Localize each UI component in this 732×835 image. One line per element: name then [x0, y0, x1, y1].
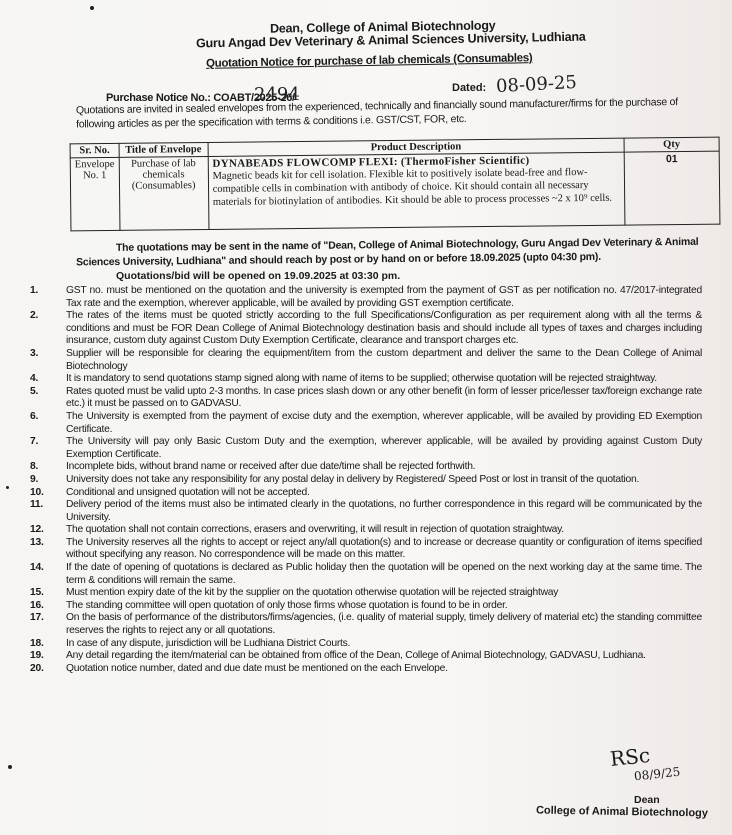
term-number: 6.: [30, 411, 66, 436]
cell-envelope-title: Purchase of lab chemicals (Consumables): [119, 156, 209, 230]
term-text: It is mandatory to send quotations stamp…: [66, 373, 702, 386]
term-number: 19.: [30, 650, 66, 663]
term-text: Must mention expiry date of the kit by t…: [66, 587, 702, 600]
term-text: Incomplete bids, without brand name or r…: [66, 461, 702, 474]
header-sr-no: Sr. No.: [70, 143, 119, 158]
term-item: 19.Any detail regarding the item/materia…: [30, 650, 702, 663]
term-number: 5.: [30, 386, 66, 411]
term-text: Conditional and unsigned quotation will …: [66, 487, 702, 500]
dated-label: Dated:: [452, 82, 486, 94]
signature-initials: RSc: [609, 743, 651, 771]
punch-mark: [6, 486, 9, 489]
header-envelope-title: Title of Envelope: [119, 142, 208, 157]
term-text: GST no. must be mentioned on the quotati…: [66, 285, 702, 310]
term-text: The quotation shall not contain correcti…: [66, 524, 702, 537]
term-item: 8.Incomplete bids, without brand name or…: [30, 461, 702, 474]
term-item: 18.In case of any dispute, jurisdiction …: [30, 638, 702, 651]
product-spec: Magnetic beads kit for cell isolation. F…: [212, 166, 620, 209]
term-text: The standing committee will open quotati…: [66, 600, 702, 613]
term-text: On the basis of performance of the distr…: [66, 612, 702, 637]
term-number: 10.: [30, 487, 66, 500]
term-number: 2.: [30, 310, 66, 348]
term-text: Supplier will be responsible for clearin…: [66, 348, 702, 373]
table-row: Envelope No. 1 Purchase of lab chemicals…: [70, 151, 720, 231]
term-text: If the date of opening of quotations is …: [66, 562, 702, 587]
term-number: 7.: [30, 436, 66, 461]
document-page: Dean, College of Animal Biotechnology Gu…: [0, 0, 732, 835]
signatory-office: College of Animal Biotechnology: [536, 805, 708, 820]
term-item: 7.The University will pay only Basic Cus…: [30, 436, 702, 461]
dated-value: 08-09-25: [496, 72, 578, 97]
term-item: 16.The standing committee will open quot…: [30, 600, 702, 613]
term-text: The University is exempted from the paym…: [66, 411, 702, 436]
term-number: 3.: [30, 348, 66, 373]
opening-date: Quotations/bid will be opened on 19.09.2…: [116, 270, 400, 282]
term-item: 14.If the date of opening of quotations …: [30, 562, 702, 587]
term-number: 11.: [30, 499, 66, 524]
term-text: University does not take any responsibil…: [66, 474, 702, 487]
term-item: 20.Quotation notice number, dated and du…: [30, 663, 702, 676]
term-number: 4.: [30, 373, 66, 386]
term-item: 2.The rates of the items must be quoted …: [30, 310, 702, 348]
term-text: The University reserves all the rights t…: [66, 537, 702, 562]
term-item: 11.Delivery period of the items must als…: [30, 499, 702, 524]
term-number: 8.: [30, 461, 66, 474]
term-item: 15.Must mention expiry date of the kit b…: [30, 587, 702, 600]
submission-instructions: The quotations may be sent in the name o…: [76, 235, 716, 270]
term-item: 17.On the basis of performance of the di…: [30, 612, 702, 637]
header-qty: Qty: [624, 137, 719, 152]
term-number: 17.: [30, 612, 66, 637]
signatory-designation: Dean: [634, 794, 660, 806]
cell-product-description: DYNABEADS FLOWCOMP FLEXI: (ThermoFisher …: [208, 152, 625, 229]
terms-list: 1.GST no. must be mentioned on the quota…: [30, 285, 702, 675]
term-number: 14.: [30, 562, 66, 587]
cell-sr-no: Envelope No. 1: [70, 157, 119, 231]
term-text: In case of any dispute, jurisdiction wil…: [66, 638, 702, 651]
term-text: The rates of the items must be quoted st…: [66, 310, 702, 348]
term-text: The University will pay only Basic Custo…: [66, 436, 702, 461]
punch-mark: [8, 765, 12, 769]
term-text: Delivery period of the items must also b…: [66, 499, 702, 524]
term-item: 3.Supplier will be responsible for clear…: [30, 348, 702, 373]
term-number: 16.: [30, 600, 66, 613]
punch-mark: [90, 6, 94, 10]
header-university: Guru Angad Dev Veterinary & Animal Scien…: [196, 30, 586, 51]
term-item: 10.Conditional and unsigned quotation wi…: [30, 487, 702, 500]
term-number: 1.: [30, 285, 66, 310]
term-number: 9.: [30, 474, 66, 487]
term-item: 6.The University is exempted from the pa…: [30, 411, 702, 436]
term-number: 13.: [30, 537, 66, 562]
term-item: 13.The University reserves all the right…: [30, 537, 702, 562]
term-text: Quotation notice number, dated and due d…: [66, 663, 702, 676]
term-number: 12.: [30, 524, 66, 537]
term-text: Any detail regarding the item/material c…: [66, 650, 702, 663]
term-item: 5.Rates quoted must be valid upto 2-3 mo…: [30, 386, 702, 411]
term-number: 18.: [30, 638, 66, 651]
term-number: 20.: [30, 663, 66, 676]
term-text: Rates quoted must be valid upto 2-3 mont…: [66, 386, 702, 411]
term-item: 12.The quotation shall not contain corre…: [30, 524, 702, 537]
term-number: 15.: [30, 587, 66, 600]
notice-title: Quotation Notice for purchase of lab che…: [206, 52, 533, 70]
cell-qty: 01: [624, 151, 720, 225]
term-item: 9.University does not take any responsib…: [30, 474, 702, 487]
term-item: 1.GST no. must be mentioned on the quota…: [30, 285, 702, 310]
items-table: Sr. No. Title of Envelope Product Descri…: [70, 137, 721, 232]
term-item: 4.It is mandatory to send quotations sta…: [30, 373, 702, 386]
